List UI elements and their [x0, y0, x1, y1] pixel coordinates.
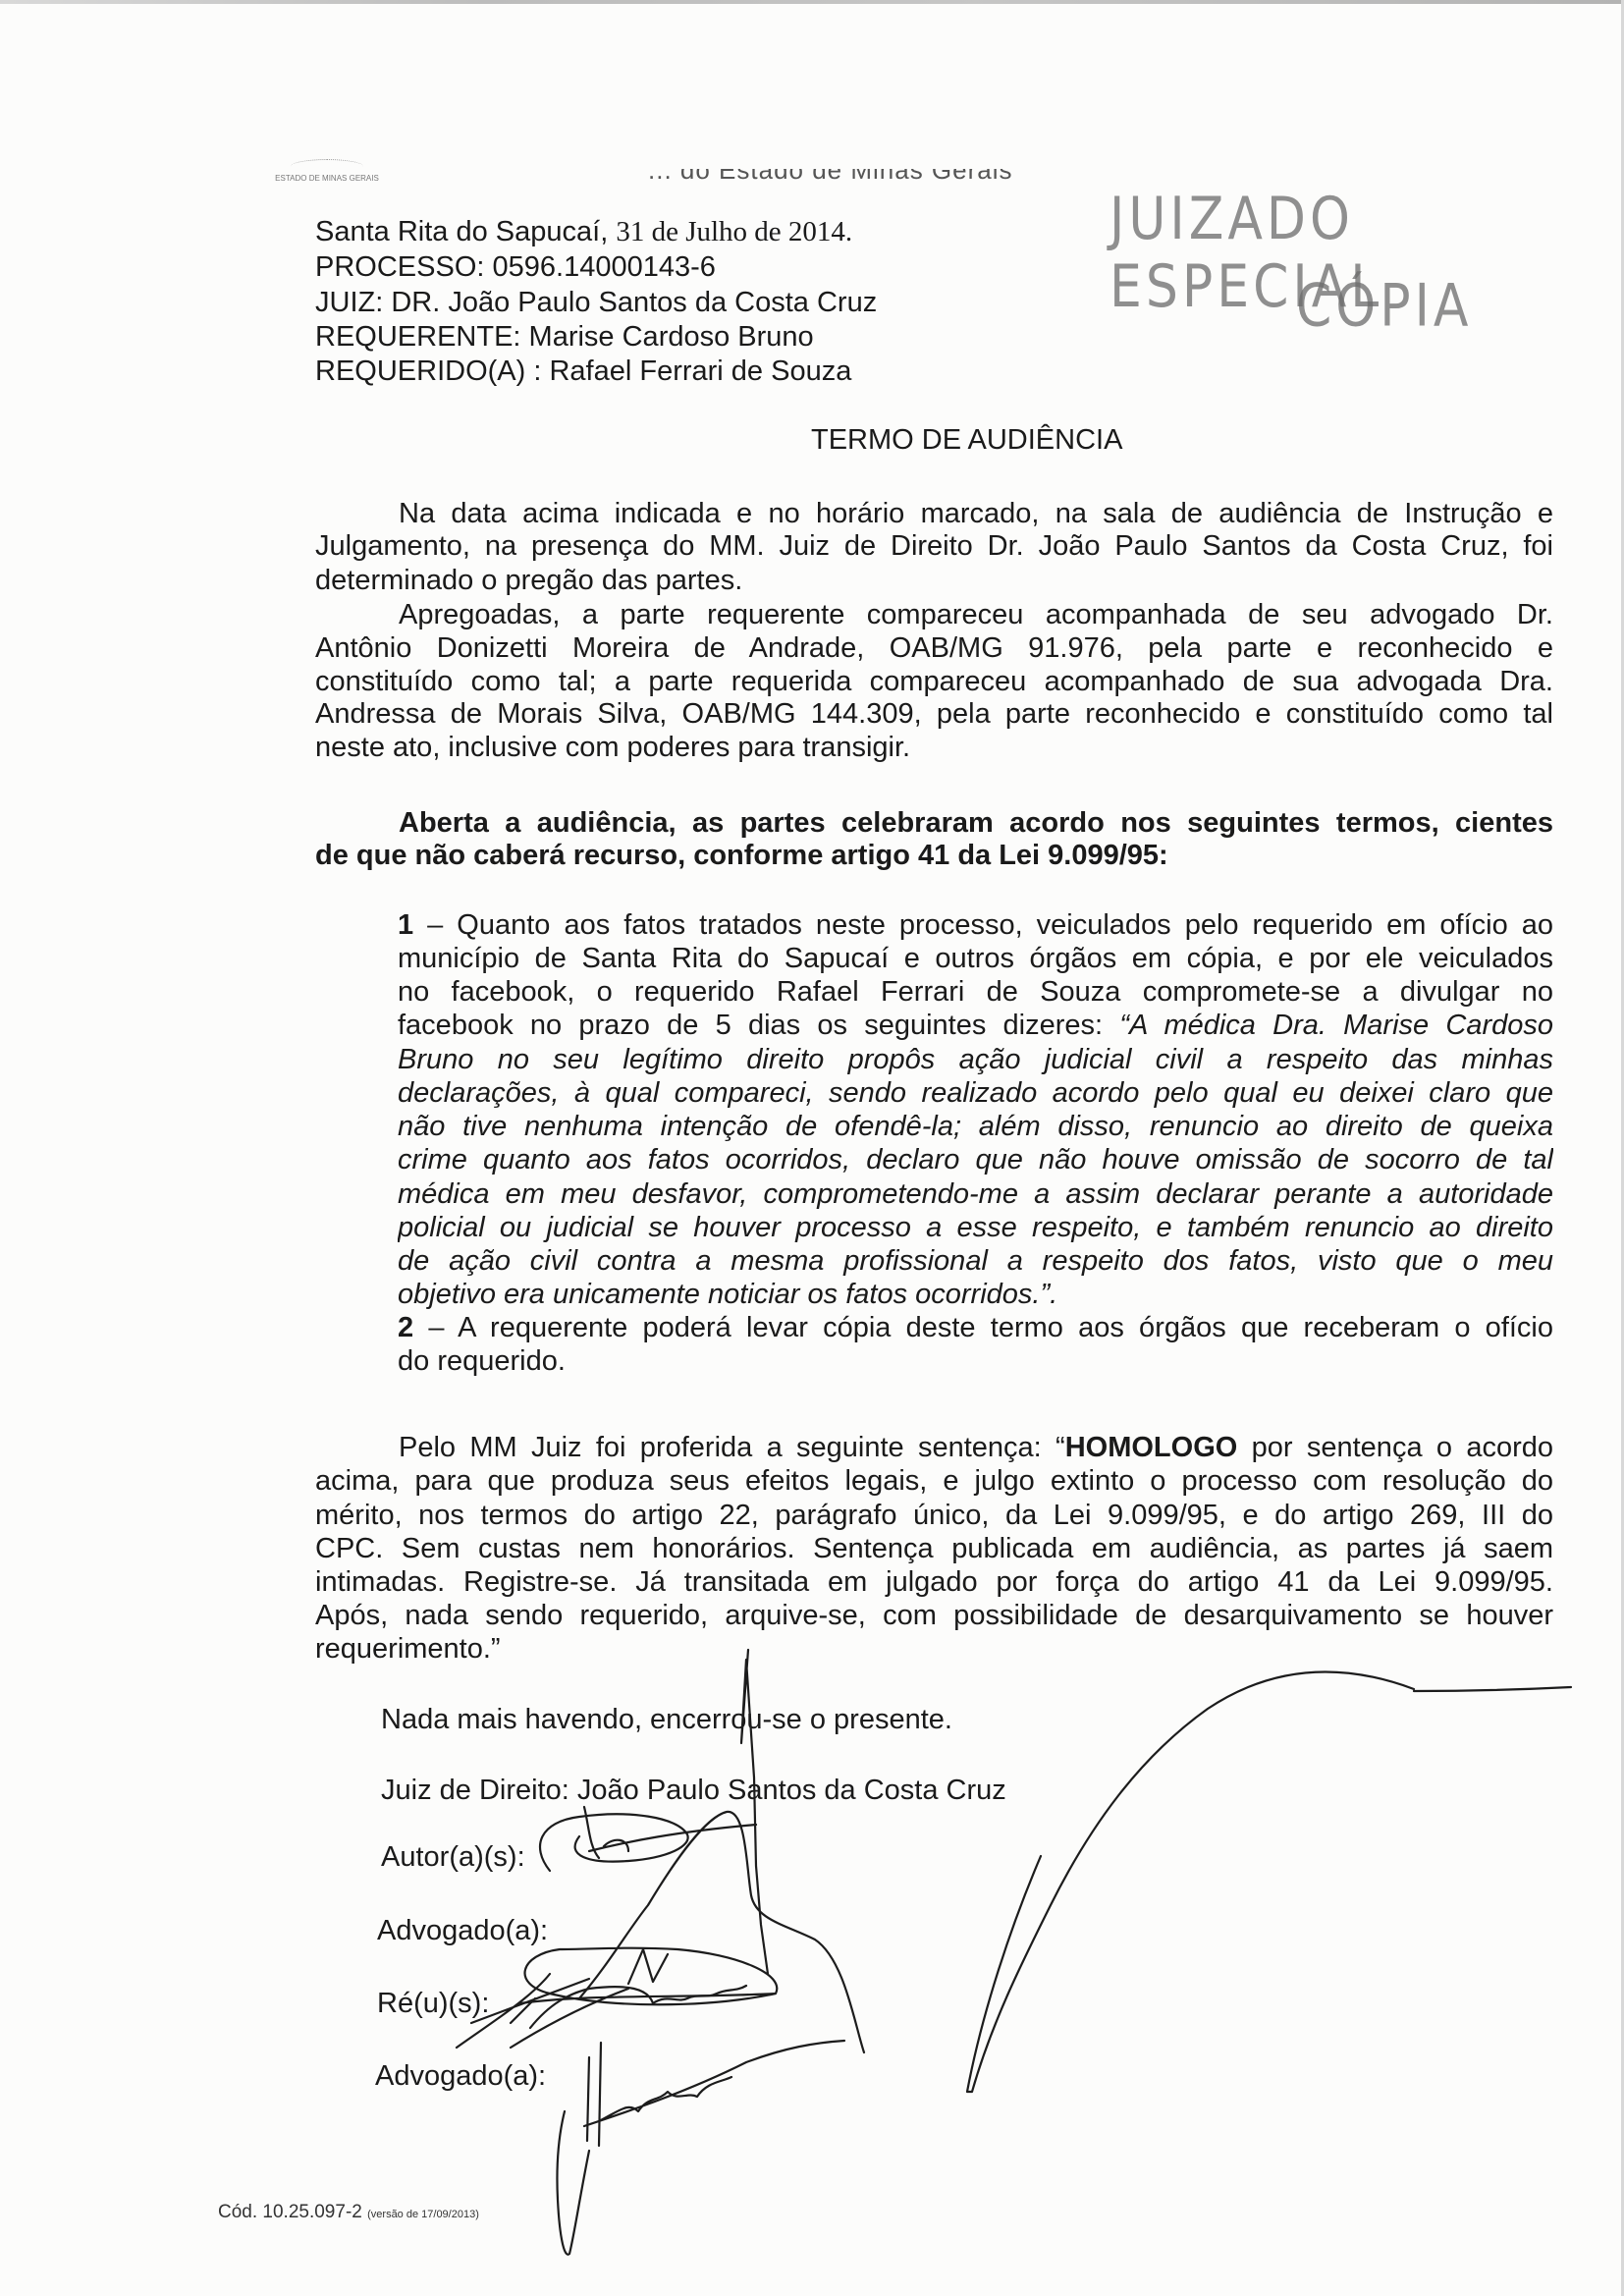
sentence-line: acima, para que produza seus efeitos leg… — [315, 1465, 1553, 1499]
paragraph1-line: determinado o pregão das partes. — [315, 565, 1553, 597]
state-seal: ESTADO DE MINAS GERAIS — [273, 155, 381, 214]
clause2-line: do requerido. — [398, 1345, 1553, 1378]
sentence-line: requerimento.” — [315, 1633, 1553, 1666]
clause1-line: facebook no prazo de 5 dias os seguintes… — [398, 1010, 1553, 1043]
requerido-line: REQUERIDO(A) : Rafael Ferrari de Souza — [315, 357, 851, 386]
advogado1-signature-label: Advogado(a): — [377, 1915, 548, 1947]
quote-line: Bruno no seu legítimo direito propôs açã… — [398, 1044, 1553, 1077]
quote-line: não tive nenhuma intenção de ofendê-la; … — [398, 1111, 1553, 1144]
requerente-line: REQUERENTE: Marise Cardoso Bruno — [315, 323, 814, 352]
paragraph2-line: Antônio Donizetti Moreira de Andrade, OA… — [315, 632, 1553, 666]
sentence-line: Após, nada sendo requerido, arquive-se, … — [315, 1600, 1553, 1633]
quote-line: objetivo era unicamente noticiar os fato… — [398, 1279, 1553, 1311]
form-code: Cód. 10.25.097-2 (versão de 17/09/2013) — [218, 2202, 479, 2223]
seal-arc-icon — [291, 159, 363, 174]
clause2-number: 2 — [398, 1312, 413, 1343]
document-page: ESTADO DE MINAS GERAIS ... do Estado de … — [0, 0, 1624, 2296]
seal-text: ESTADO DE MINAS GERAIS — [275, 174, 379, 183]
paragraph2-line: constituído como tal; a parte requerida … — [315, 666, 1553, 699]
agreement-intro-line: de que não caberá recurso, conforme arti… — [315, 840, 1553, 872]
processo-number: 0596.14000143-6 — [493, 251, 716, 283]
autor-signature-icon — [540, 1807, 756, 1871]
paragraph2-line: Apregoadas, a parte requerente comparece… — [399, 599, 1553, 632]
clause1-line: 1 – Quanto aos fatos tratados neste proc… — [398, 909, 1553, 943]
advogado2-signature-icon — [557, 2041, 844, 2255]
juiz-name: DR. João Paulo Santos da Costa Cruz — [391, 287, 877, 318]
juiz-line: JUIZ: DR. João Paulo Santos da Costa Cru… — [315, 289, 877, 317]
reu-signature-icon — [457, 1974, 746, 2048]
judge-signature-line: Juiz de Direito: João Paulo Santos da Co… — [381, 1775, 1006, 1807]
paragraph1-line: Na data acima indicada e no horário marc… — [399, 498, 1553, 531]
letterhead-text: ... do Estado de Minas Gerais — [648, 155, 1013, 186]
scan-edge — [0, 0, 1624, 4]
closing-text: Nada mais havendo, encerrou-se o present… — [381, 1704, 952, 1736]
clause1-number: 1 — [398, 909, 413, 941]
paragraph2-line: Andressa de Morais Silva, OAB/MG 144.309… — [315, 698, 1553, 732]
quote-start: “A médica Dra. Marise Cardoso — [1119, 1010, 1553, 1041]
judge-name: João Paulo Santos da Costa Cruz — [577, 1775, 1006, 1806]
quote-line: policial ou judicial se houver processo … — [398, 1212, 1553, 1245]
paragraph2-line: neste ato, inclusive com poderes para tr… — [315, 732, 1553, 764]
autor-signature-label: Autor(a)(s): — [381, 1841, 525, 1874]
sentence-line: mérito, nos termos do artigo 22, parágra… — [315, 1500, 1553, 1533]
clause1-line: município de Santa Rita do Sapucaí e out… — [398, 943, 1553, 976]
paragraph1-line: Julgamento, na presença do MM. Juiz de D… — [315, 530, 1553, 564]
place-date: Santa Rita do Sapucaí, 31 de Julho de 20… — [315, 218, 852, 246]
agreement-intro-line: Aberta a audiência, as partes celebraram… — [399, 807, 1553, 841]
clause1-line: no facebook, o requerido Rafael Ferrari … — [398, 976, 1553, 1010]
reu-signature-label: Ré(u)(s): — [377, 1988, 489, 2020]
requerido-name: Rafael Ferrari de Souza — [549, 355, 851, 387]
quote-line: de ação civil contra a mesma profissiona… — [398, 1245, 1553, 1279]
processo-line: PROCESSO: 0596.14000143-6 — [315, 253, 716, 282]
sentence-line: intimadas. Registre-se. Já transitada em… — [315, 1566, 1553, 1600]
clause2-line: 2 – A requerente poderá levar cópia dest… — [398, 1312, 1553, 1345]
stamp-copia: CÓPIA — [1296, 273, 1473, 341]
form-version: (versão de 17/09/2013) — [367, 2209, 479, 2220]
document-title: TERMO DE AUDIÊNCIA — [811, 424, 1122, 457]
quote-line: crime quanto aos fatos ocorridos, declar… — [398, 1144, 1553, 1177]
homologo-keyword: HOMOLOGO — [1065, 1432, 1238, 1463]
quote-line: médica em meu desfavor, comprometendo-me… — [398, 1178, 1553, 1212]
date-text: 31 de Julho de 2014. — [616, 216, 852, 247]
advogado1-signature-icon — [520, 1812, 864, 2052]
requerente-name: Marise Cardoso Bruno — [529, 321, 814, 353]
judge-signature-icon — [741, 1650, 768, 1974]
quote-line: declarações, à qual compareci, sendo rea… — [398, 1077, 1553, 1111]
advogado2-signature-label: Advogado(a): — [375, 2060, 546, 2093]
sentence-first-line: Pelo MM Juiz foi proferida a seguinte se… — [399, 1432, 1553, 1465]
sentence-line: CPC. Sem custas nem honorários. Sentença… — [315, 1533, 1553, 1566]
